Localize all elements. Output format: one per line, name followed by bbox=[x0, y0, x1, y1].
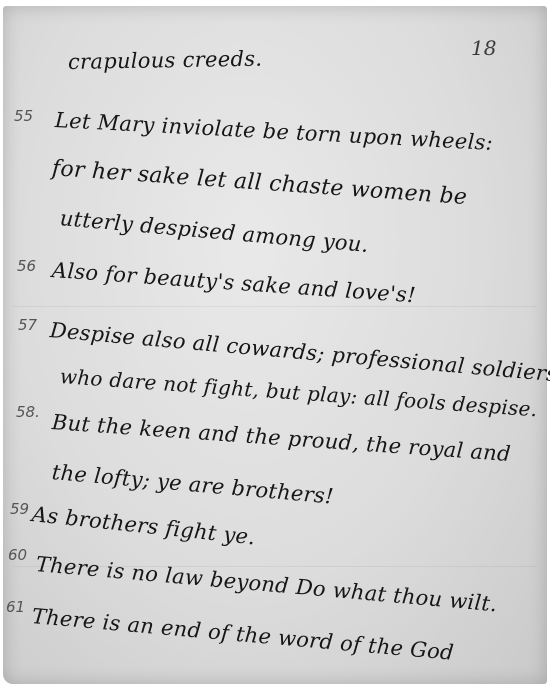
verse-number: 59 bbox=[10, 500, 29, 518]
paper-crease bbox=[13, 306, 537, 307]
verse-number: 55 bbox=[14, 107, 33, 125]
verse-number: 58. bbox=[16, 403, 40, 421]
manuscript-line: crapulous creeds. bbox=[68, 47, 263, 74]
verse-number: 56 bbox=[17, 257, 36, 275]
verse-number: 60 bbox=[8, 546, 27, 564]
verse-number: 61 bbox=[6, 598, 25, 616]
page-number: 18 bbox=[471, 36, 496, 60]
verse-number: 57 bbox=[18, 316, 37, 334]
line-text: crapulous creeds. bbox=[68, 47, 263, 74]
